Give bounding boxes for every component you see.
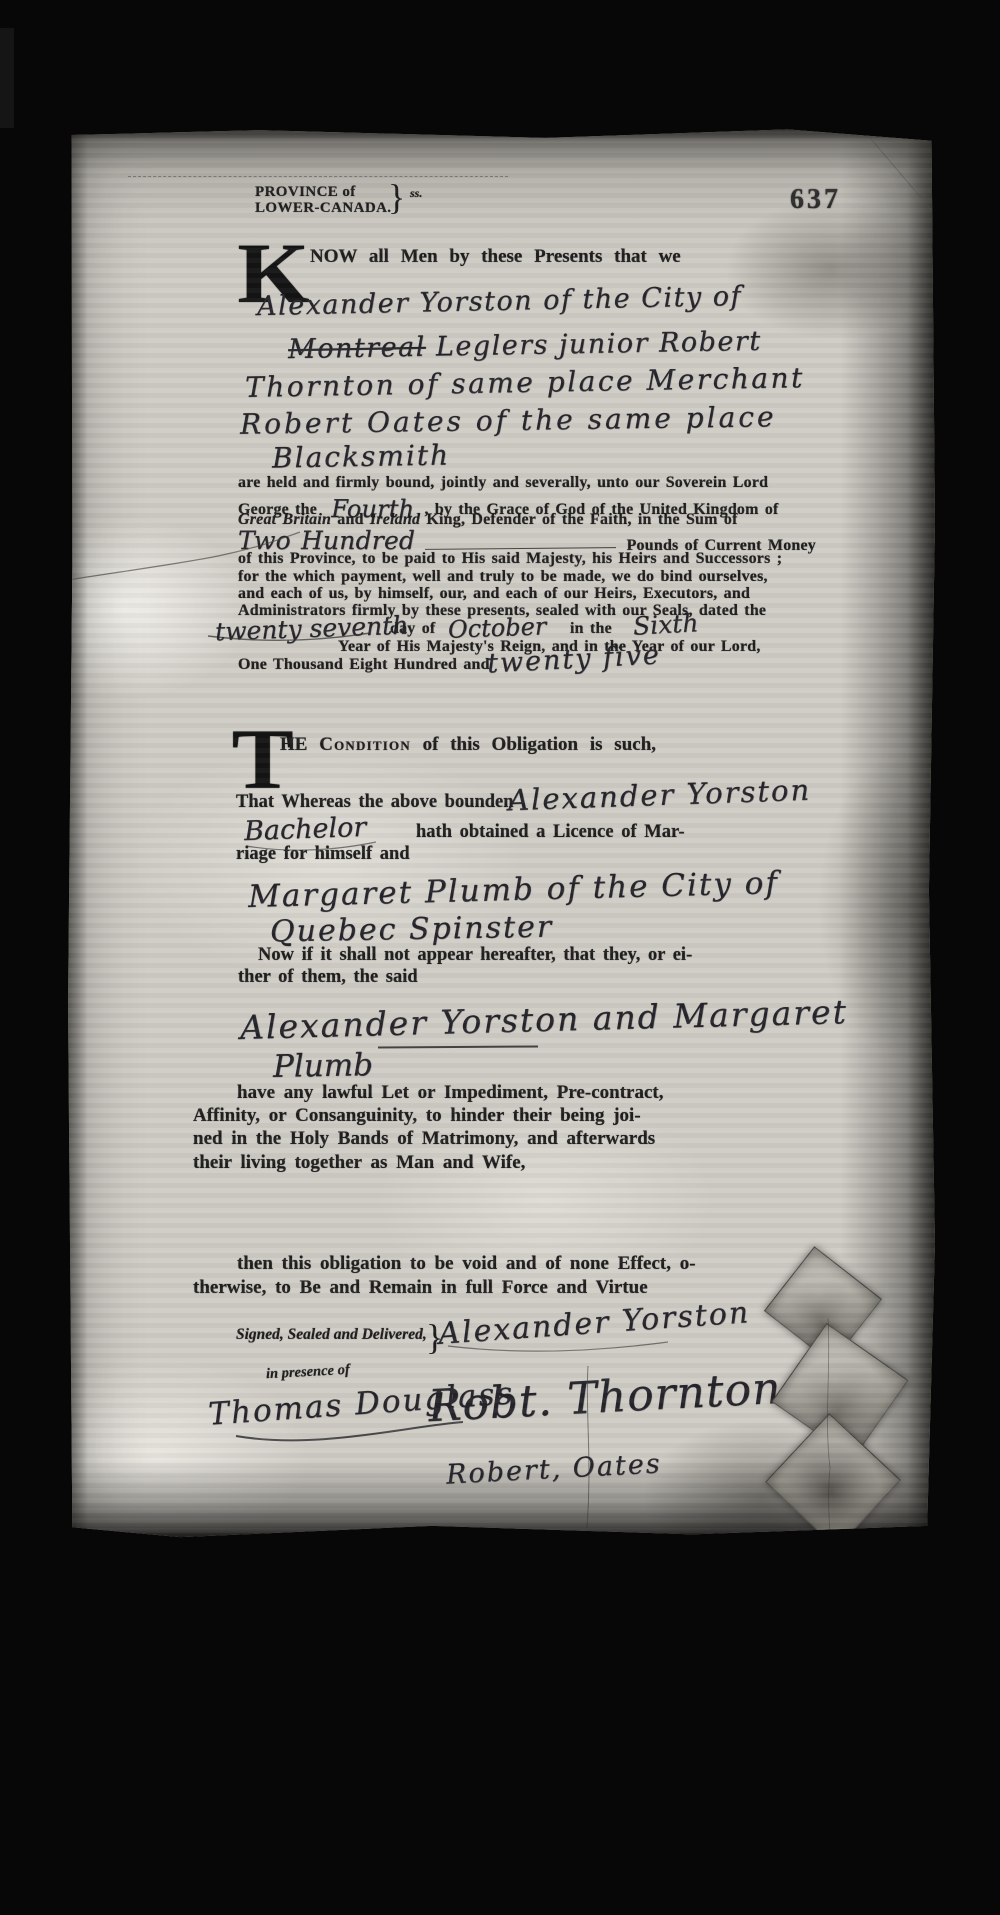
province-line-1: PROVINCE of [255,184,391,200]
signature-groom: Alexander Yorston [437,1295,751,1352]
heading-condition: Condition [319,734,411,755]
wax-seal-3 [765,1413,901,1549]
whereas-line: That Whereas the above bounden [236,792,514,813]
province-header: PROVINCE of LOWER-CANADA. [255,184,391,216]
presence-label: in presence of [266,1362,351,1383]
closing-line-1: then this obligation to be void and of n… [237,1253,696,1275]
document-paper: PROVINCE of LOWER-CANADA. } ss. 637 K NO… [68,128,935,1540]
impediment-line-2: Affinity, or Consanguinity, to hinder th… [193,1105,641,1127]
bond-line-10: One Thousand Eight Hundred and [238,656,490,674]
hw-line2-rest: Leglers junior Robert [436,326,762,363]
hw-principals-line3: Thornton of same place Merchant [245,361,805,404]
province-line-2: LOWER-CANADA. [255,200,391,216]
now-line-1: Now if it shall not appear hereafter, th… [258,945,692,966]
hw-couple-line1: Alexander Yorston and Margaret [240,992,849,1047]
impediment-line-3: ned in the Holy Bands of Matrimony, and … [193,1128,655,1150]
condition-heading: HE Condition of this Obligation is such, [280,734,656,756]
ss-label: ss. [410,186,422,201]
bond-day-label: day of [390,620,435,638]
hw-groom-status: Bachelor [243,812,366,847]
hw-principals-line1: Alexander Yorston of the City of [257,281,743,322]
page-number: 637 [790,184,841,216]
bond-line-1: are held and firmly bound, jointly and s… [238,474,768,492]
hw-principals-line2: Montreal Leglers junior Robert [288,326,762,365]
microfilm-scan-background: PROVINCE of LOWER-CANADA. } ss. 637 K NO… [0,0,1000,1915]
bond-line-6: for the which payment, well and truly to… [238,568,768,586]
hw-principals-line5: Blacksmith [272,438,451,474]
scan-artifact-line [128,176,508,177]
header-brace: } [388,176,405,218]
hw-groom-name: Alexander Yorston [507,773,811,818]
bond-line-5: of this Province, to be paid to His said… [238,550,782,568]
closing-line-2: therwise, to Be and Remain in full Force… [193,1277,648,1299]
heading-rest: of this Obligation is such, [423,734,656,755]
signature-surety2: Robert, Oates [445,1448,662,1490]
hw-principals-line4: Robert Oates of the same place [240,400,777,440]
now-line-2: ther of them, the said [238,967,418,988]
hw-struck-word: Montreal [288,332,426,365]
ink-flourish-rule [378,1045,538,1048]
signature-surety1: Robt. Thornton [427,1363,783,1432]
hw-couple-line2: Plumb [273,1047,374,1085]
attestation-label: Signed, Sealed and Delivered, [236,1326,427,1344]
licence-line-1: hath obtained a Licence of Mar- [416,822,685,843]
bond-in-the: in the [570,620,612,638]
heading-he: HE [280,734,307,755]
film-edge-notch [0,28,14,128]
bond-line-7: and each of us, by himself, our, and eac… [238,585,750,603]
hw-regnal-year: Sixth [632,608,699,640]
impediment-line-1: have any lawful Let or Impediment, Pre-c… [237,1082,663,1104]
opening-line: NOW all Men by these Presents that we [310,246,681,268]
hw-bride-line1: Margaret Plumb of the City of [248,865,780,915]
impediment-line-4: their living together as Man and Wife, [193,1152,525,1174]
licence-line-2: riage for himself and [236,844,410,865]
hw-bride-line2: Quebec Spinster [270,910,554,950]
